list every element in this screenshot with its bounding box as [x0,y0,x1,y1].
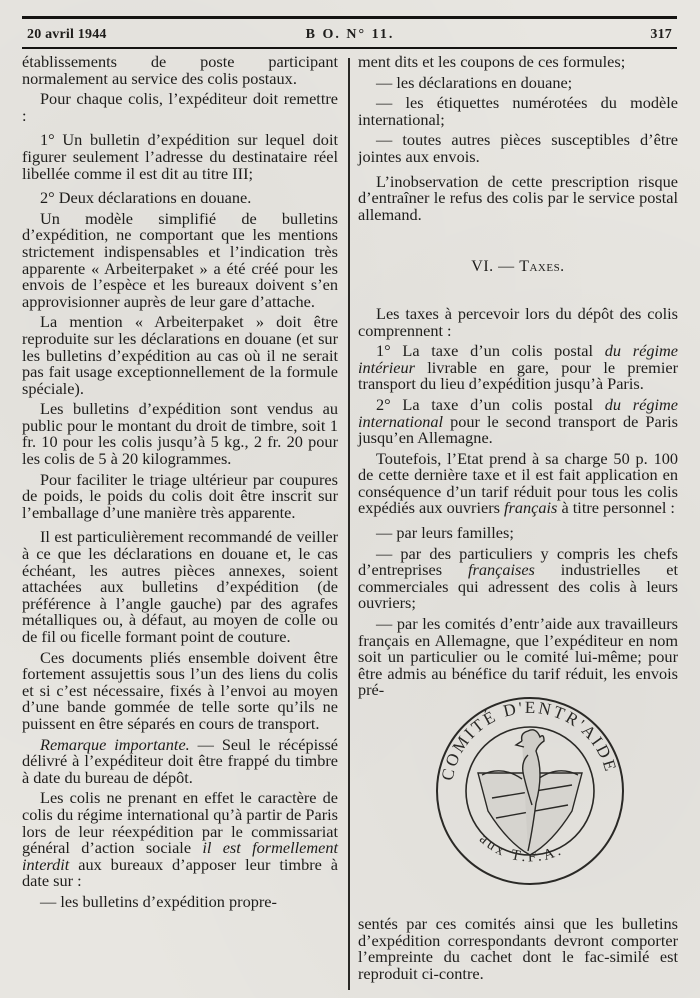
paragraph: Toutefois, l’Etat prend à sa charge 50 p… [358,451,678,517]
paragraph: L’inobservation de cette prescription ri… [358,174,678,224]
text-run: à titre personnel : [557,498,675,517]
paragraph: Les bulletins d’expédition sont vendus a… [22,401,338,467]
header-top-rule [22,16,677,19]
list-item: — les étiquettes numérotées du modèle in… [358,95,678,128]
paragraph: 1° Un bulletin d’expédition sur lequel d… [22,132,338,182]
italic-run: français [504,498,557,517]
list-item: — par les comités d’entr’aide aux travai… [358,616,678,699]
paragraph: Ces documents pliés ensemble doivent êtr… [22,650,338,733]
section-label: Taxes. [519,258,565,275]
header-publication: B O. N° 11. [0,27,700,43]
paragraph-remarque: Remarque importante. — Seul le récépissé… [22,737,338,787]
paragraph: Les taxes à percevoir lors du dépôt des … [358,306,678,339]
left-column: établissements de poste participant norm… [22,54,338,915]
paragraph: Pour faciliter le triage ultérieur par c… [22,472,338,522]
section-number: VI. — [471,258,514,275]
committee-stamp: COMITÉ D'ENTR'AIDE aux T.F.A. [432,693,628,889]
paragraph: Un modèle simplifié de bulletins d’expéd… [22,211,338,311]
paragraph: La mention « Arbeiterpaket » doit être r… [22,314,338,397]
right-column: ment dits et les coupons de ces formules… [358,54,678,703]
column-divider [348,58,350,990]
paragraph: ment dits et les coupons de ces formules… [358,54,678,71]
list-item: — toutes autres pièces susceptibles d’êt… [358,132,678,165]
paragraph: 1° La taxe d’un colis postal du régime i… [358,343,678,393]
paragraph: Il est particulièrement recommandé de ve… [22,529,338,645]
text-run: aux bureaux d’apposer leur timbre à date… [22,855,338,891]
paragraph-after-stamp: sentés par ces comités ainsi que les bul… [358,916,678,982]
section-title: VI. — Taxes. [358,259,678,276]
list-item: — par des particuliers y compris les che… [358,546,678,612]
header-bottom-rule [22,47,677,49]
paragraph: Pour chaque colis, l’expéditeur doit rem… [22,91,338,124]
paragraph: — les bulletins d’expédition propre- [22,894,338,911]
paragraph: 2° La taxe d’un colis postal du régime i… [358,397,678,447]
paragraph: 2° Deux déclarations en douane. [22,190,338,207]
page-number: 317 [650,27,672,43]
paragraph: établissements de poste participant norm… [22,54,338,87]
list-item: — les déclarations en douane; [358,75,678,92]
paragraph: Les colis ne prenant en effet le caractè… [22,790,338,890]
rooster-on-shield-icon [478,730,582,855]
stamp-seal-icon: COMITÉ D'ENTR'AIDE aux T.F.A. [432,693,628,889]
list-item: — par leurs familles; [358,525,678,542]
